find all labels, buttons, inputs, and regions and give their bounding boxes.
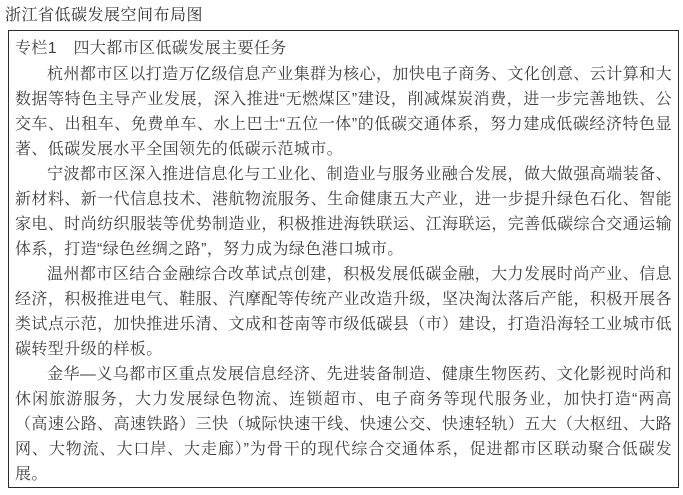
paragraph-wenzhou: 温州都市区结合金融综合改革试点创建，积极发展低碳金融，大力发展时尚产业、信息经济…	[15, 262, 672, 362]
paragraph-hangzhou: 杭州都市区以打造万亿级信息产业集群为核心，加快电子商务、文化创意、云计算和大数据…	[15, 62, 672, 162]
page-title: 浙江省低碳发展空间布局图	[0, 0, 683, 30]
document-page: 浙江省低碳发展空间布局图 专栏1 四大都市区低碳发展主要任务 杭州都市区以打造万…	[0, 0, 683, 495]
paragraph-ningbo: 宁波都市区深入推进信息化与工业化、制造业与服务业融合发展，做大做强高端装备、新材…	[15, 162, 672, 262]
paragraph-jinhua-yiwu: 金华—义乌都市区重点发展信息经济、先进装备制造、健康生物医药、文化影视时尚和休闲…	[15, 362, 672, 487]
task-panel: 专栏1 四大都市区低碳发展主要任务 杭州都市区以打造万亿级信息产业集群为核心，加…	[8, 30, 679, 488]
panel-heading: 专栏1 四大都市区低碳发展主要任务	[15, 36, 672, 62]
